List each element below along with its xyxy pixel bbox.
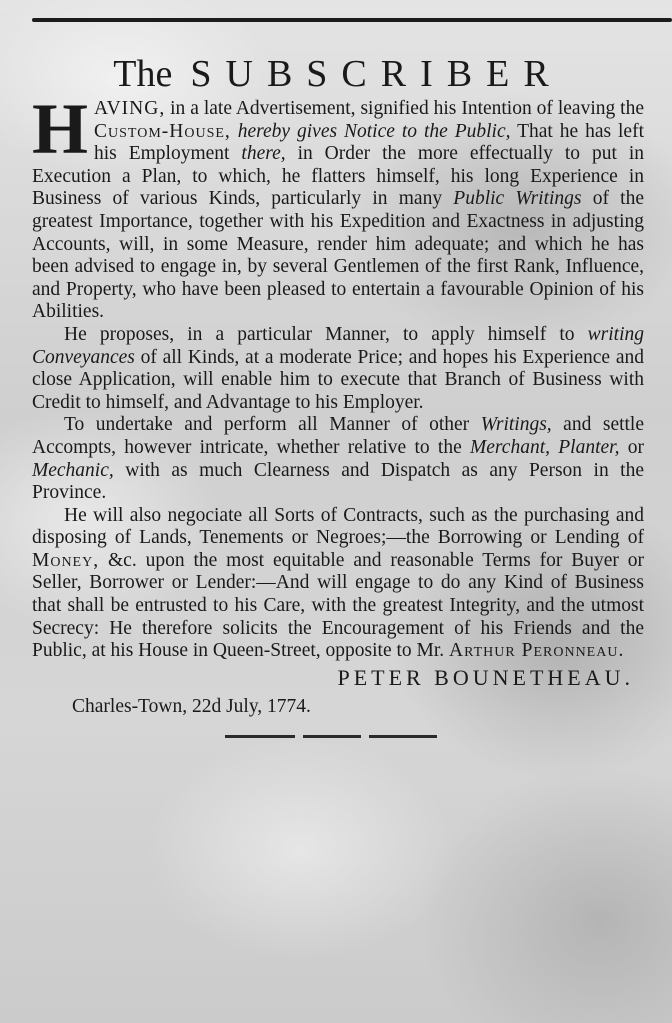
italic-text: Public Writings [453,188,581,209]
text: in a late Advertisement, signified his I… [165,98,644,119]
rule-segment [369,735,437,738]
newspaper-page: TheSUBSCRIBER HAVING, in a late Advertis… [0,0,672,1023]
custom-house-text: Custom-House, [94,121,231,142]
paragraph-3: To undertake and perform all Manner of o… [32,414,644,504]
text: He proposes, in a particular Manner, to … [64,324,588,345]
paragraph-4: He will also negociate all Sorts of Cont… [32,505,644,663]
ad-heading: TheSUBSCRIBER [32,52,644,96]
italic-text: hereby gives Notice to the Public, [238,121,511,142]
text: or [619,437,644,458]
signature: PETER BOUNETHEAU. [32,665,634,691]
dateline: Charles-Town, 22d July, 1774. [72,695,644,719]
text: He will also negociate all Sorts of Cont… [32,505,644,549]
paragraph-1: HAVING, in a late Advertisement, signifi… [32,98,644,324]
first-word-rest: AVING, [94,98,165,119]
rule-segment [225,735,295,738]
text [231,121,238,142]
paragraph-2: He proposes, in a particular Manner, to … [32,324,644,414]
heading-the: The [113,53,172,95]
person-name: Arthur Peronneau. [449,640,624,661]
text: To undertake and perform all Manner of o… [64,414,481,435]
italic-text: Writings, [481,414,552,435]
rule-segment [303,735,361,738]
dropcap-letter: H [32,100,88,158]
bottom-rule-divider [225,735,644,738]
top-rule-divider [32,18,672,22]
italic-text: Merchant, Planter, [470,437,619,458]
heading-subscriber: SUBSCRIBER [190,53,562,95]
money-text: Money, [32,550,99,571]
italic-text: Mechanic, [32,460,114,481]
text: with as much Clearness and Dispatch as a… [32,460,644,504]
italic-text: there, [241,143,285,164]
advertisement: TheSUBSCRIBER HAVING, in a late Advertis… [32,52,644,738]
